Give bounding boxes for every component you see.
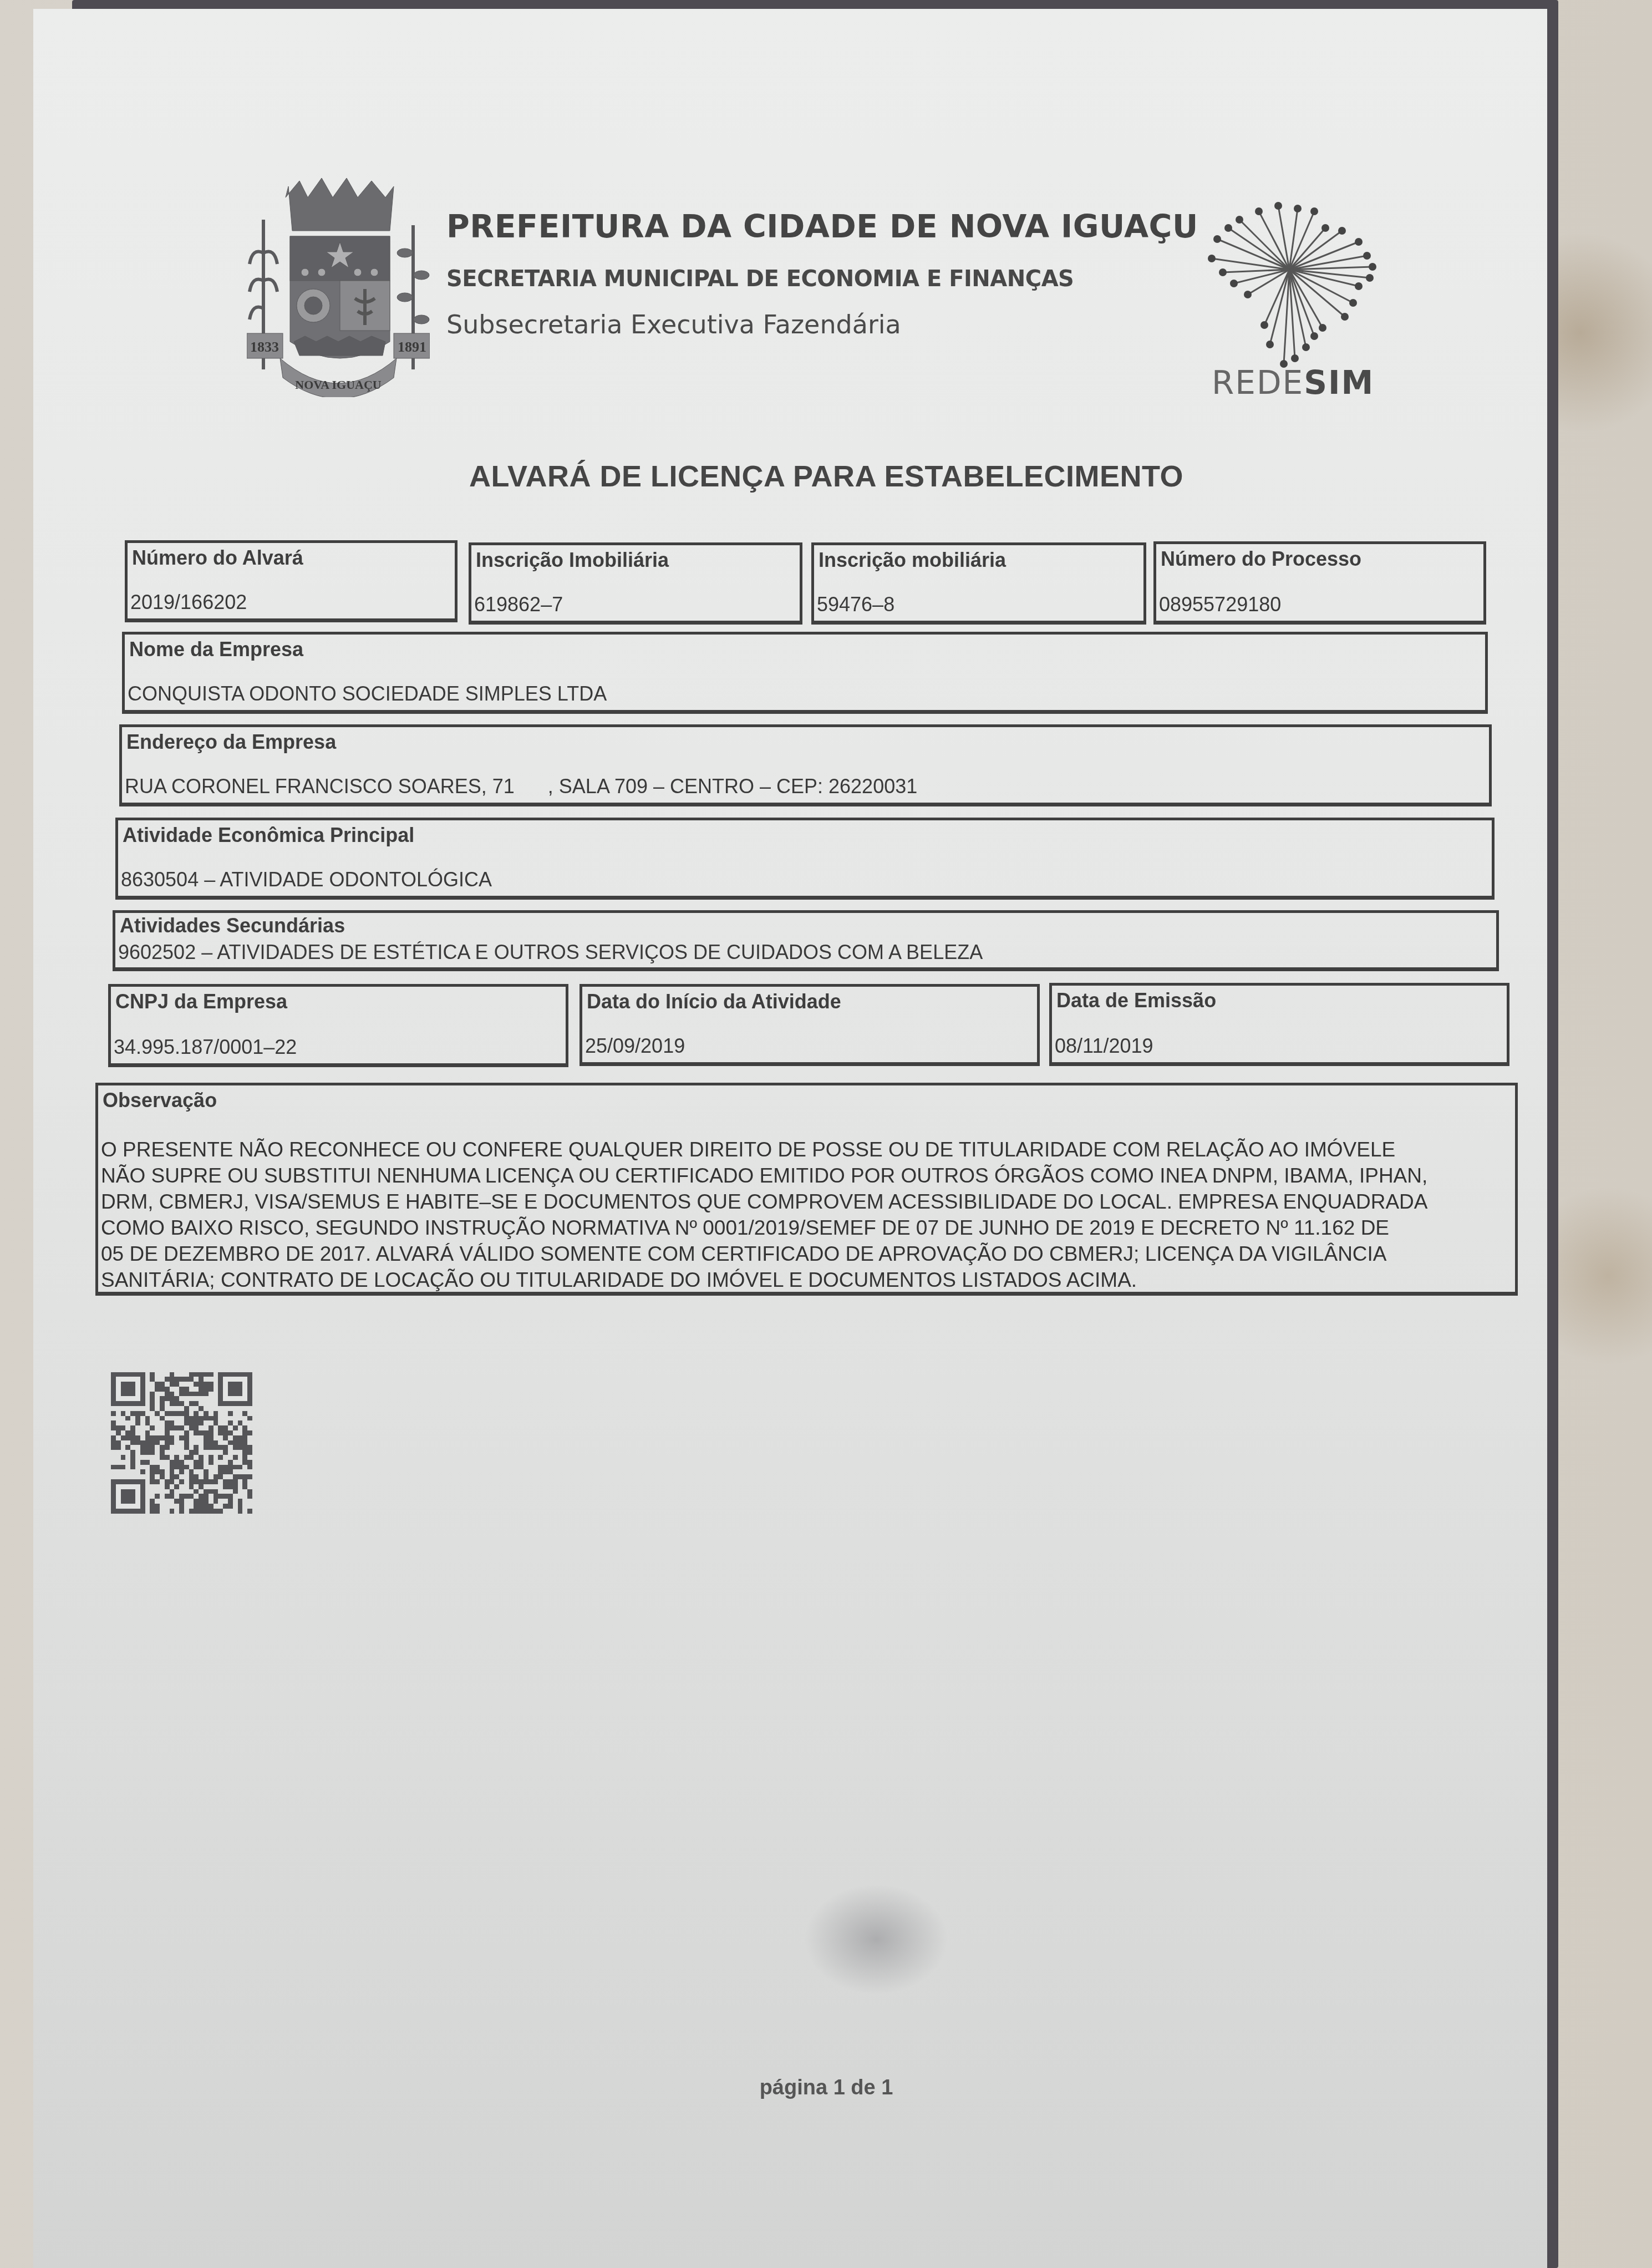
field-inscricao-mobiliaria: Inscrição mobiliária 59476–8 — [811, 542, 1146, 625]
field-value: 59476–8 — [817, 593, 894, 616]
field-numero-alvara: Número do Alvará 2019/166202 — [125, 540, 458, 622]
coat-year-left: 1833 — [250, 339, 279, 355]
field-label: Atividade Econômica Principal — [123, 824, 414, 847]
subsecretariat-title: Subsecretaria Executiva Fazendária — [446, 309, 1198, 339]
field-label: Inscrição Imobiliária — [476, 549, 669, 572]
field-value: RUA CORONEL FRANCISCO SOARES, 71 , SALA … — [125, 775, 917, 798]
field-atividades-secundarias: Atividades Secundárias 9602502 – ATIVIDA… — [113, 910, 1499, 971]
observacao-text: O PRESENTE NÃO RECONHECE OU CONFERE QUAL… — [101, 1136, 1504, 1293]
field-value: 08/11/2019 — [1055, 1034, 1153, 1058]
field-value: 2019/166202 — [130, 591, 247, 614]
coat-year-right: 1891 — [398, 339, 426, 355]
secretariat-title: SECRETARIA MUNICIPAL DE ECONOMIA E FINAN… — [446, 266, 1198, 292]
field-label: Observação — [103, 1089, 217, 1112]
field-value: 9602502 – ATIVIDADES DE ESTÉTICA E OUTRO… — [118, 941, 983, 964]
observacao-line: COMO BAIXO RISCO, SEGUNDO INSTRUÇÃO NORM… — [101, 1215, 1504, 1241]
photo-shadow — [804, 1884, 948, 1995]
header-titles: PREFEITURA DA CIDADE DE NOVA IGUAÇU SECR… — [446, 209, 1198, 339]
field-endereco-empresa: Endereço da Empresa RUA CORONEL FRANCISC… — [119, 724, 1492, 806]
field-data-emissao: Data de Emissão 08/11/2019 — [1049, 983, 1509, 1066]
field-value: CONQUISTA ODONTO SOCIEDADE SIMPLES LTDA — [128, 682, 607, 706]
field-inscricao-imobiliaria: Inscrição Imobiliária 619862–7 — [469, 542, 802, 625]
field-value: 25/09/2019 — [585, 1034, 685, 1058]
redesim-network-icon — [1195, 197, 1384, 380]
coat-of-arms-icon: 1833 1891 NOVA IGUAÇU — [247, 175, 430, 397]
field-numero-processo: Número do Processo 08955729180 — [1153, 541, 1486, 625]
observacao-line: SANITÁRIA; CONTRATO DE LOCAÇÃO OU TITULA… — [101, 1267, 1504, 1293]
field-value: 619862–7 — [474, 593, 563, 616]
field-label: Número do Alvará — [132, 546, 303, 570]
field-nome-empresa: Nome da Empresa CONQUISTA ODONTO SOCIEDA… — [122, 632, 1488, 714]
field-value: 34.995.187/0001–22 — [114, 1036, 297, 1059]
qr-code-icon — [111, 1371, 252, 1515]
field-label: Inscrição mobiliária — [819, 549, 1006, 572]
observacao-line: NÃO SUPRE OU SUBSTITUI NENHUMA LICENÇA O… — [101, 1163, 1504, 1189]
page-indicator: página 1 de 1 — [33, 2076, 1547, 2100]
field-cnpj: CNPJ da Empresa 34.995.187/0001–22 — [108, 984, 568, 1067]
document-header: 1833 1891 NOVA IGUAÇU PREFEITURA DA CIDA… — [205, 175, 1481, 408]
document-title: ALVARÁ DE LICENÇA PARA ESTABELECIMENTO — [33, 459, 1547, 494]
field-value: 08955729180 — [1159, 593, 1281, 616]
observacao-line: O PRESENTE NÃO RECONHECE OU CONFERE QUAL… — [101, 1136, 1504, 1163]
field-label: Data do Início da Atividade — [587, 990, 841, 1013]
field-atividade-principal: Atividade Econômica Principal 8630504 – … — [115, 818, 1495, 900]
field-label: Número do Processo — [1161, 547, 1361, 571]
field-data-inicio: Data do Início da Atividade 25/09/2019 — [580, 984, 1040, 1066]
field-value: 8630504 – ATIVIDADE ODONTOLÓGICA — [121, 868, 492, 891]
observacao-line: DRM, CBMERJ, VISA/SEMUS E HABITE–SE E DO… — [101, 1189, 1504, 1215]
field-observacao: Observação O PRESENTE NÃO RECONHECE OU C… — [95, 1083, 1518, 1296]
redesim-word-bold: SIM — [1304, 364, 1374, 402]
redesim-word-light: REDE — [1212, 364, 1304, 402]
observacao-line: 05 DE DEZEMBRO DE 2017. ALVARÁ VÁLIDO SO… — [101, 1241, 1504, 1267]
redesim-logo-text: REDESIM — [1212, 364, 1374, 402]
field-label: Nome da Empresa — [129, 638, 303, 661]
field-label: Atividades Secundárias — [120, 914, 345, 937]
field-label: Endereço da Empresa — [126, 730, 336, 754]
field-label: CNPJ da Empresa — [115, 990, 287, 1013]
coat-scroll-text: NOVA IGUAÇU — [295, 378, 382, 392]
municipality-title: PREFEITURA DA CIDADE DE NOVA IGUAÇU — [446, 209, 1198, 245]
license-document: 1833 1891 NOVA IGUAÇU PREFEITURA DA CIDA… — [33, 9, 1547, 2268]
field-label: Data de Emissão — [1056, 989, 1216, 1012]
